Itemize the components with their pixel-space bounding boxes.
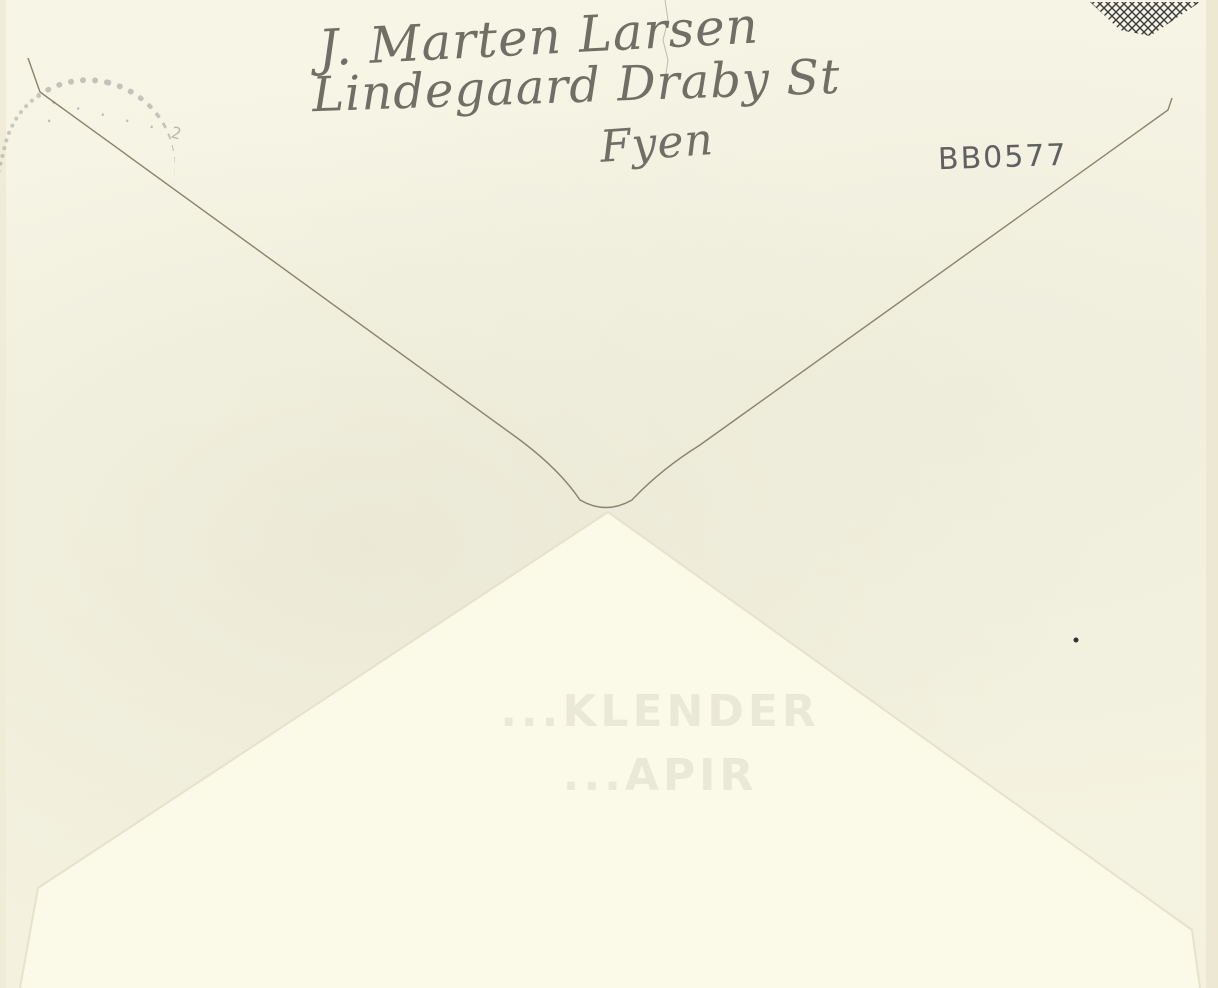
- paper-watermark: ...KLENDER ...APIR: [500, 680, 820, 808]
- envelope-back: · · · · · 2 · J. Marten Larsen Lindegaar…: [0, 0, 1218, 988]
- sender-region: Fyen: [598, 114, 715, 173]
- watermark-line-1: ...KLENDER: [500, 680, 820, 744]
- ink-speck: [1074, 638, 1079, 643]
- crosshatch-lining-icon: [1080, 0, 1218, 40]
- catalog-number: BB0577: [937, 138, 1068, 177]
- watermark-line-2: ...APIR: [500, 744, 820, 808]
